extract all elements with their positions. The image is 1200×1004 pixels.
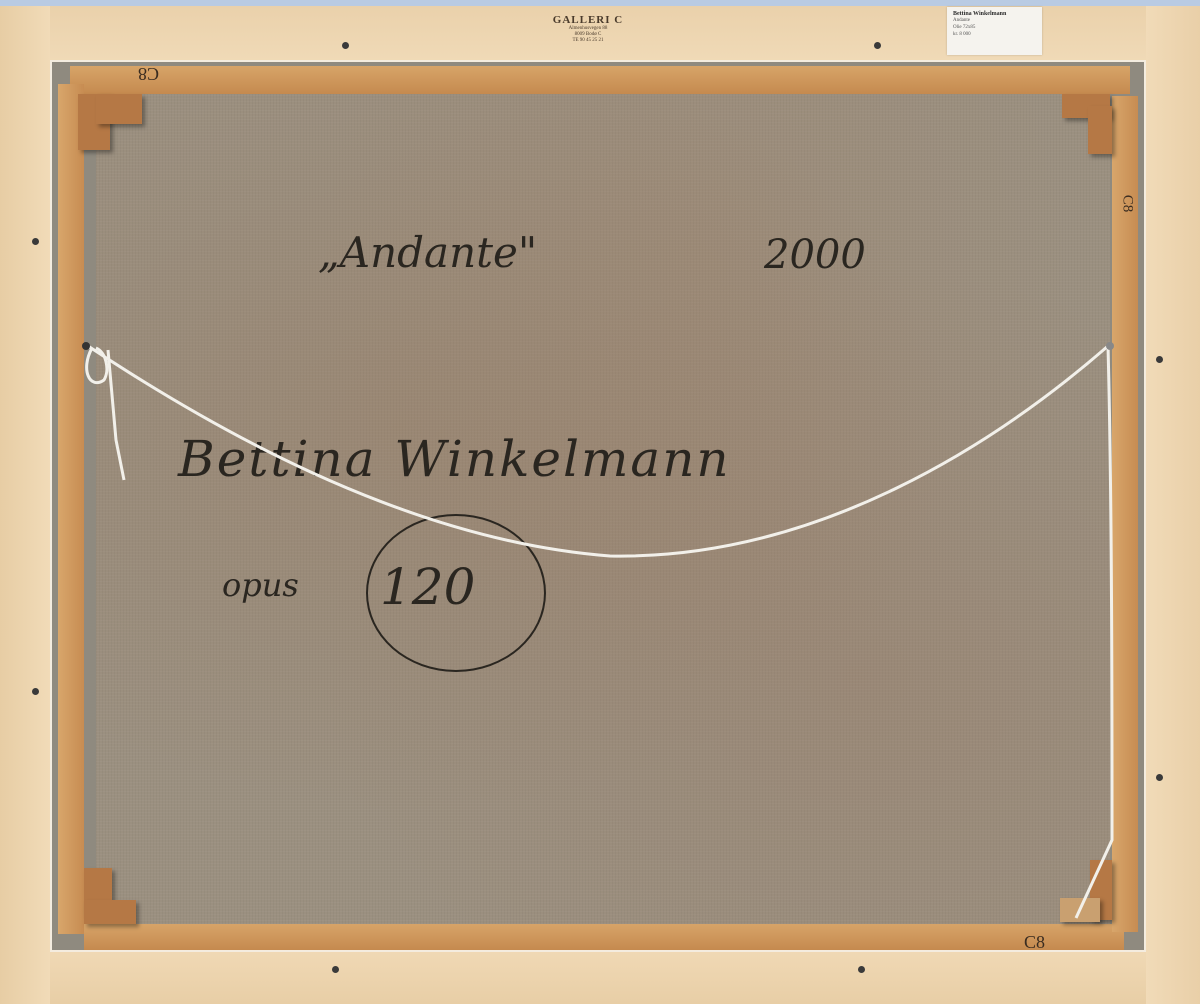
hanging-wire bbox=[0, 0, 1200, 1004]
